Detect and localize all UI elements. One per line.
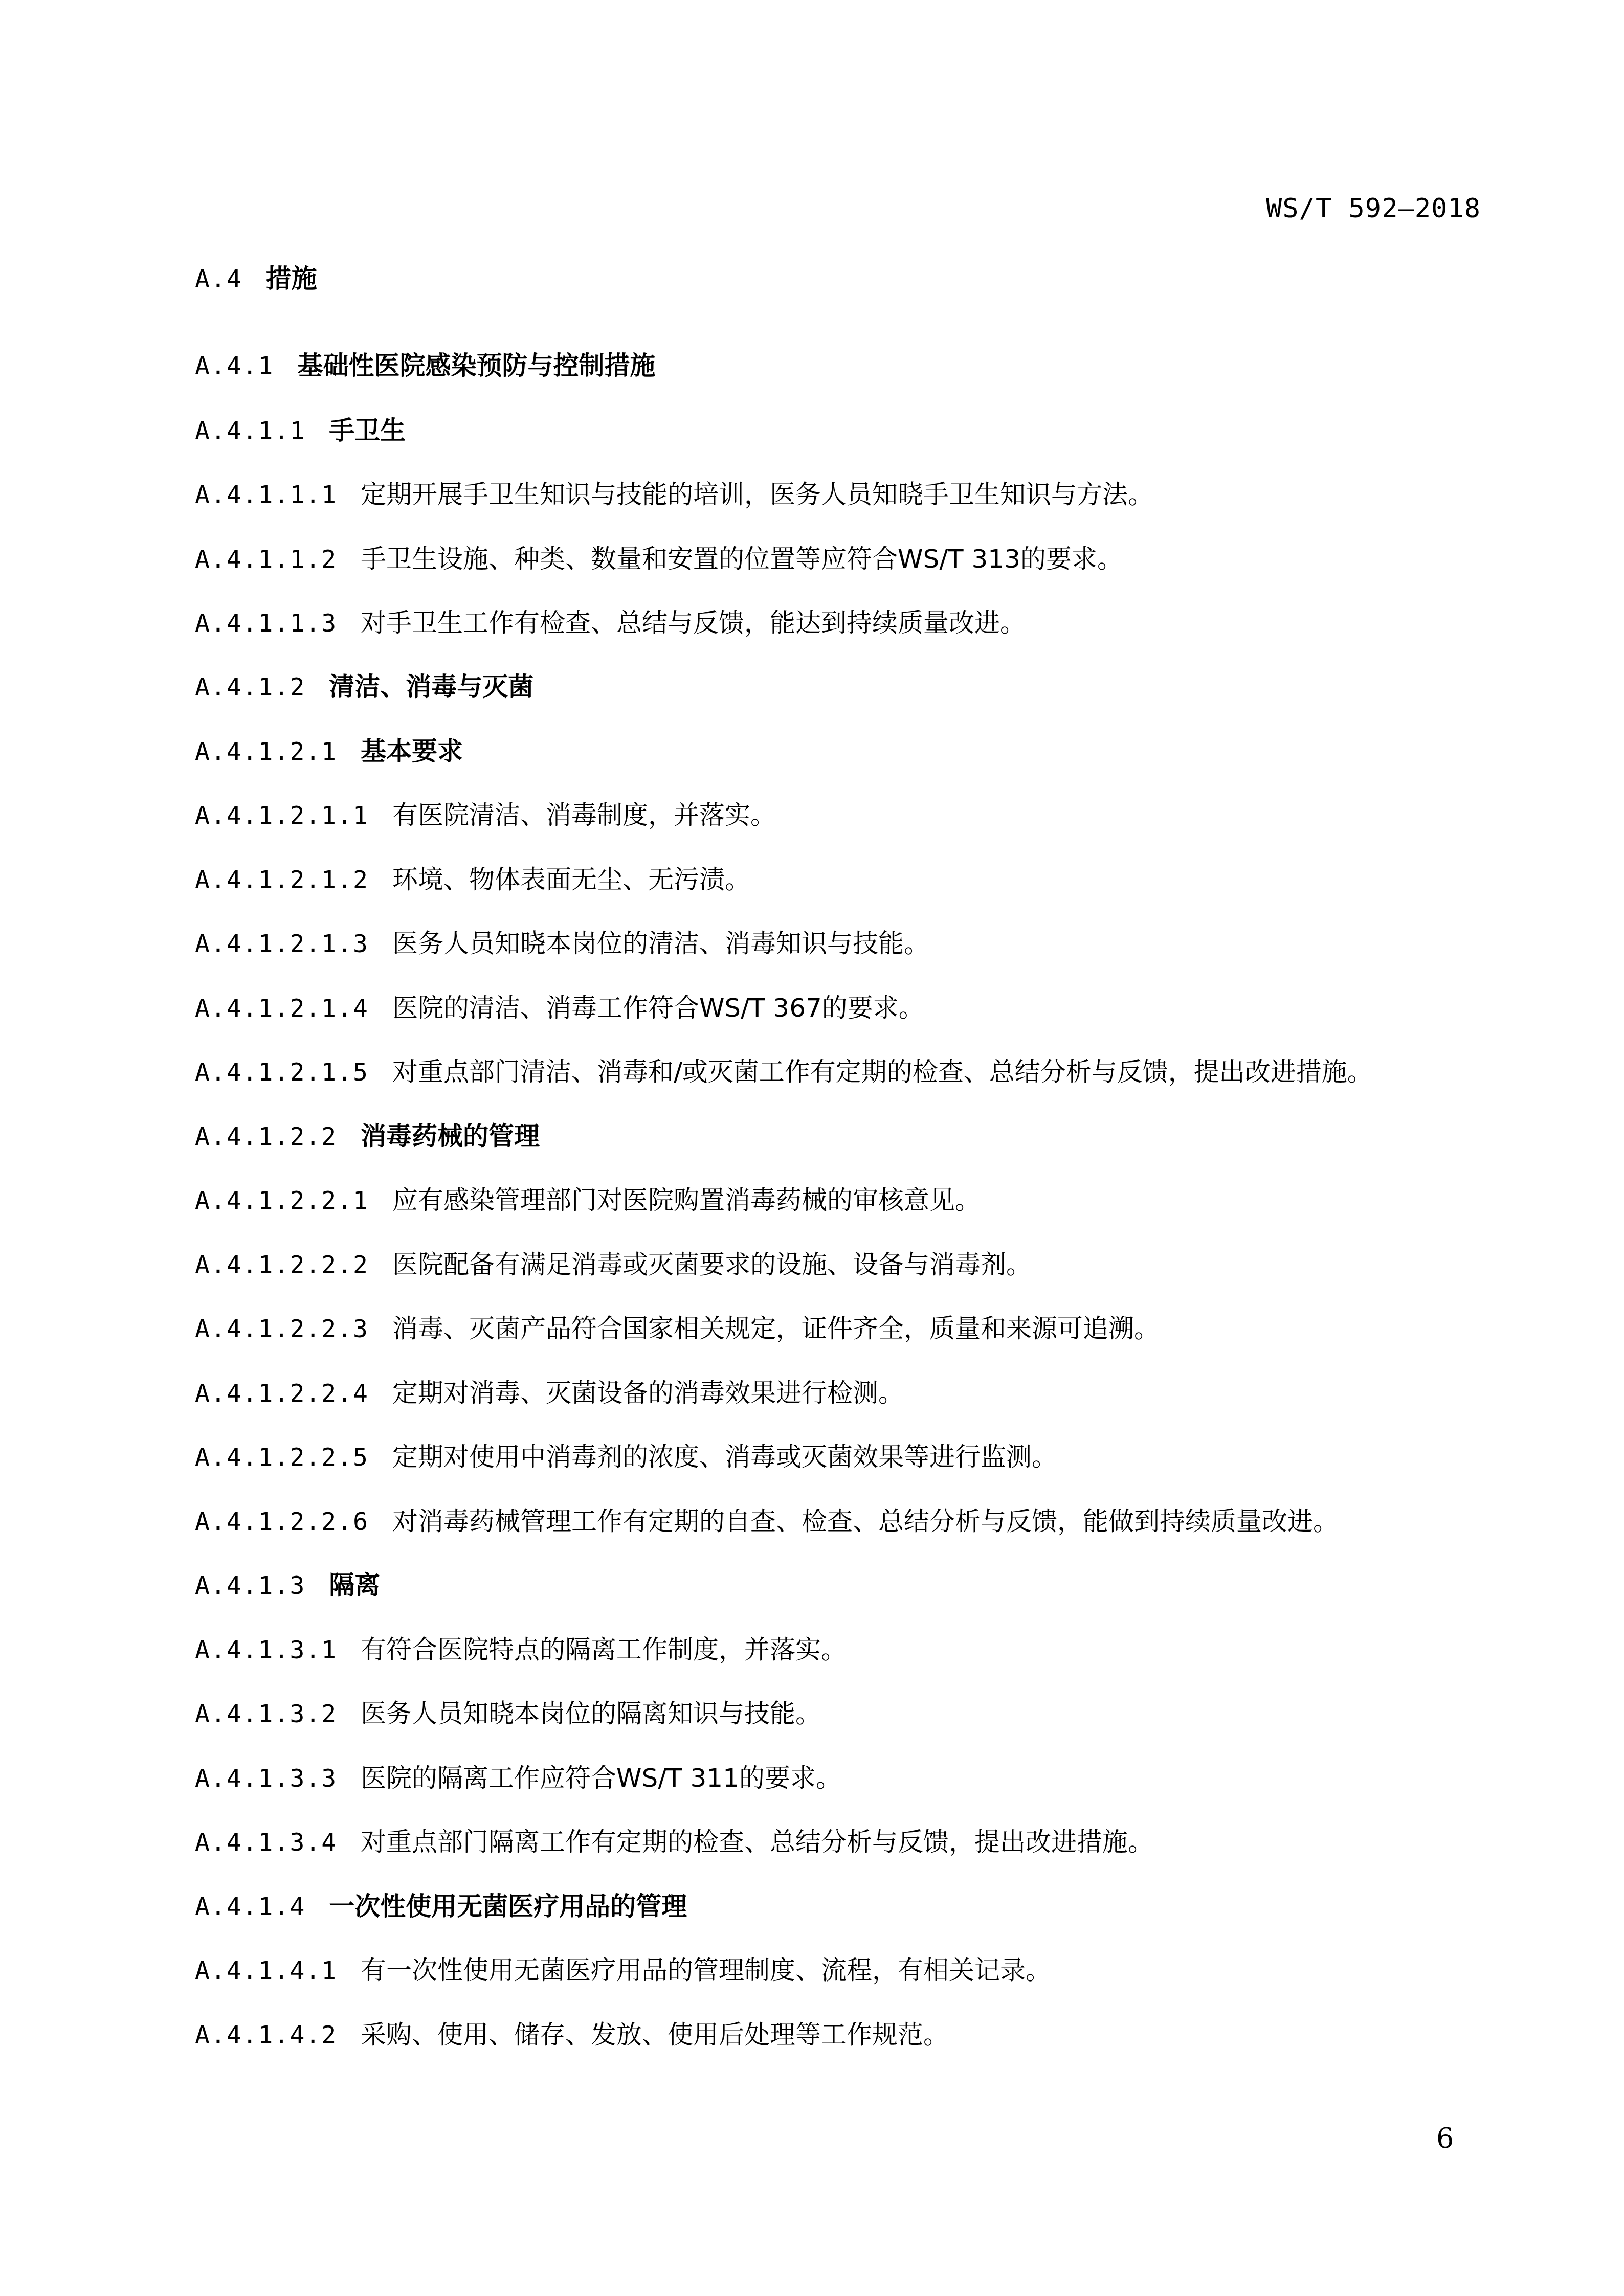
clause-text: 对手卫生工作有检查、总结与反馈，能达到持续质量改进。	[361, 607, 1026, 638]
clause-number: A.4.1.1.3	[195, 608, 337, 639]
clause-number: A.4.1.4	[195, 1892, 305, 1922]
clause: A.4.1.2.1.1有医院清洁、消毒制度，并落实。	[195, 800, 776, 831]
clause: A.4.1.2.1.3医务人员知晓本岗位的清洁、消毒知识与技能。	[195, 928, 929, 959]
clause-text: 定期对消毒、灭菌设备的消毒效果进行检测。	[392, 1378, 904, 1408]
clause-number: A.4.1.3.3	[195, 1763, 337, 1794]
clause: A.4.1.2.2.2医院配备有满足消毒或灭菌要求的设施、设备与消毒剂。	[195, 1249, 1032, 1280]
clause-text: 基础性医院感染预防与控制措施	[298, 350, 656, 381]
clause: A.4.1.3.2医务人员知晓本岗位的隔离知识与技能。	[195, 1698, 821, 1729]
clause-number: A.4.1.3.1	[195, 1635, 337, 1665]
clause-text: 手卫生设施、种类、数量和安置的位置等应符合WS/T 313的要求。	[361, 544, 1123, 574]
clause-text: 定期对使用中消毒剂的浓度、消毒或灭菌效果等进行监测。	[392, 1442, 1057, 1472]
clause: A.4.1.2.2.6对消毒药械管理工作有定期的自查、检查、总结分析与反馈，能做…	[195, 1506, 1339, 1537]
clause: A.4.1.1.2手卫生设施、种类、数量和安置的位置等应符合WS/T 313的要…	[195, 544, 1123, 575]
section-heading: A.4.1.2.1基本要求	[195, 736, 463, 767]
clause-text: 环境、物体表面无尘、无污渍。	[392, 864, 750, 895]
clause: A.4.1.2.1.2环境、物体表面无尘、无污渍。	[195, 864, 750, 895]
clause: A.4.1.2.1.4医院的清洁、消毒工作符合WS/T 367的要求。	[195, 993, 924, 1024]
clause-number: A.4.1.1.1	[195, 480, 337, 510]
clause: A.4.1.2.2.1应有感染管理部门对医院购置消毒药械的审核意见。	[195, 1185, 981, 1216]
clause-number: A.4.1.2.1.2	[195, 865, 369, 895]
clause: A.4.1.4.1有一次性使用无菌医疗用品的管理制度、流程，有相关记录。	[195, 1955, 1051, 1986]
clause-text: 有一次性使用无菌医疗用品的管理制度、流程，有相关记录。	[361, 1955, 1051, 1986]
clause-number: A.4.1.2	[195, 672, 305, 703]
clause-number: A.4.1.2.1.5	[195, 1057, 369, 1088]
clause-text: 消毒、灭菌产品符合国家相关规定，证件齐全，质量和来源可追溯。	[392, 1313, 1160, 1344]
clause-text: 医院配备有满足消毒或灭菌要求的设施、设备与消毒剂。	[392, 1249, 1032, 1280]
clause-text: 采购、使用、储存、发放、使用后处理等工作规范。	[361, 2019, 949, 2050]
section-heading: A.4措施	[195, 263, 317, 295]
standard-number: WS/T 592—2018	[1266, 193, 1481, 224]
clause-number: A.4.1.3.2	[195, 1699, 337, 1729]
section-heading: A.4.1基础性医院感染预防与控制措施	[195, 350, 656, 381]
clause-text: 对重点部门清洁、消毒和/或灭菌工作有定期的检查、总结分析与反馈，提出改进措施。	[392, 1056, 1373, 1087]
clause-text: 对重点部门隔离工作有定期的检查、总结分析与反馈，提出改进措施。	[361, 1827, 1153, 1857]
clause-text: 应有感染管理部门对医院购置消毒药械的审核意见。	[392, 1185, 981, 1215]
clause-text: 手卫生	[329, 415, 406, 446]
clause-text: 消毒药械的管理	[361, 1121, 540, 1152]
clause-text: 措施	[266, 263, 317, 294]
section-heading: A.4.1.2清洁、消毒与灭菌	[195, 671, 533, 703]
page-number: 6	[1436, 2122, 1454, 2154]
clause: A.4.1.2.2.5定期对使用中消毒剂的浓度、消毒或灭菌效果等进行监测。	[195, 1442, 1057, 1473]
clause: A.4.1.2.2.3消毒、灭菌产品符合国家相关规定，证件齐全，质量和来源可追溯…	[195, 1313, 1160, 1344]
clause-number: A.4.1.2.1.1	[195, 800, 369, 831]
clause-number: A.4.1.3	[195, 1570, 305, 1601]
clause: A.4.1.1.3对手卫生工作有检查、总结与反馈，能达到持续质量改进。	[195, 607, 1026, 639]
section-heading: A.4.1.4一次性使用无菌医疗用品的管理	[195, 1891, 687, 1922]
clause-number: A.4.1.3.4	[195, 1827, 337, 1858]
clause-number: A.4.1.1	[195, 416, 305, 446]
clause-number: A.4.1.2.2.5	[195, 1442, 369, 1473]
clause-number: A.4.1.1.2	[195, 544, 337, 575]
clause-number: A.4.1.4.1	[195, 1955, 337, 1986]
clause-text: 医院的隔离工作应符合WS/T 311的要求。	[361, 1763, 841, 1793]
clause: A.4.1.4.2采购、使用、储存、发放、使用后处理等工作规范。	[195, 2019, 949, 2051]
clause: A.4.1.3.3医院的隔离工作应符合WS/T 311的要求。	[195, 1763, 841, 1794]
clause-text: 医务人员知晓本岗位的隔离知识与技能。	[361, 1698, 821, 1729]
clause-number: A.4.1.2.2	[195, 1121, 337, 1152]
clause-text: 对消毒药械管理工作有定期的自查、检查、总结分析与反馈，能做到持续质量改进。	[392, 1506, 1339, 1537]
clause-number: A.4.1	[195, 351, 274, 381]
clause-text: 基本要求	[361, 736, 463, 767]
clause-number: A.4.1.2.1.4	[195, 993, 369, 1024]
clause-number: A.4	[195, 264, 242, 295]
clause-number: A.4.1.2.1.3	[195, 929, 369, 959]
clause-text: 医院的清洁、消毒工作符合WS/T 367的要求。	[392, 993, 924, 1023]
clause-number: A.4.1.2.2.1	[195, 1185, 369, 1216]
clause: A.4.1.2.1.5对重点部门清洁、消毒和/或灭菌工作有定期的检查、总结分析与…	[195, 1056, 1373, 1088]
clause: A.4.1.3.1有符合医院特点的隔离工作制度，并落实。	[195, 1634, 847, 1665]
clause-number: A.4.1.2.2.3	[195, 1314, 369, 1344]
clause-number: A.4.1.2.2.2	[195, 1250, 369, 1280]
clause-number: A.4.1.2.1	[195, 736, 337, 767]
clause: A.4.1.2.2.4定期对消毒、灭菌设备的消毒效果进行检测。	[195, 1378, 904, 1409]
clause-text: 定期开展手卫生知识与技能的培训，医务人员知晓手卫生知识与方法。	[361, 479, 1153, 510]
clause-text: 清洁、消毒与灭菌	[329, 671, 533, 702]
clause: A.4.1.3.4对重点部门隔离工作有定期的检查、总结分析与反馈，提出改进措施。	[195, 1827, 1153, 1858]
clause: A.4.1.1.1定期开展手卫生知识与技能的培训，医务人员知晓手卫生知识与方法。	[195, 479, 1153, 510]
section-heading: A.4.1.2.2消毒药械的管理	[195, 1121, 540, 1152]
clause-text: 有符合医院特点的隔离工作制度，并落实。	[361, 1634, 847, 1665]
clause-text: 有医院清洁、消毒制度，并落实。	[392, 800, 776, 830]
clause-text: 一次性使用无菌医疗用品的管理	[329, 1891, 687, 1922]
clause-number: A.4.1.2.2.6	[195, 1506, 369, 1537]
clause-number: A.4.1.2.2.4	[195, 1378, 369, 1409]
clause-text: 医务人员知晓本岗位的清洁、消毒知识与技能。	[392, 928, 929, 959]
section-heading: A.4.1.3隔离	[195, 1570, 380, 1601]
clause-text: 隔离	[329, 1570, 380, 1601]
clause-number: A.4.1.4.2	[195, 2020, 337, 2051]
section-heading: A.4.1.1手卫生	[195, 415, 406, 446]
